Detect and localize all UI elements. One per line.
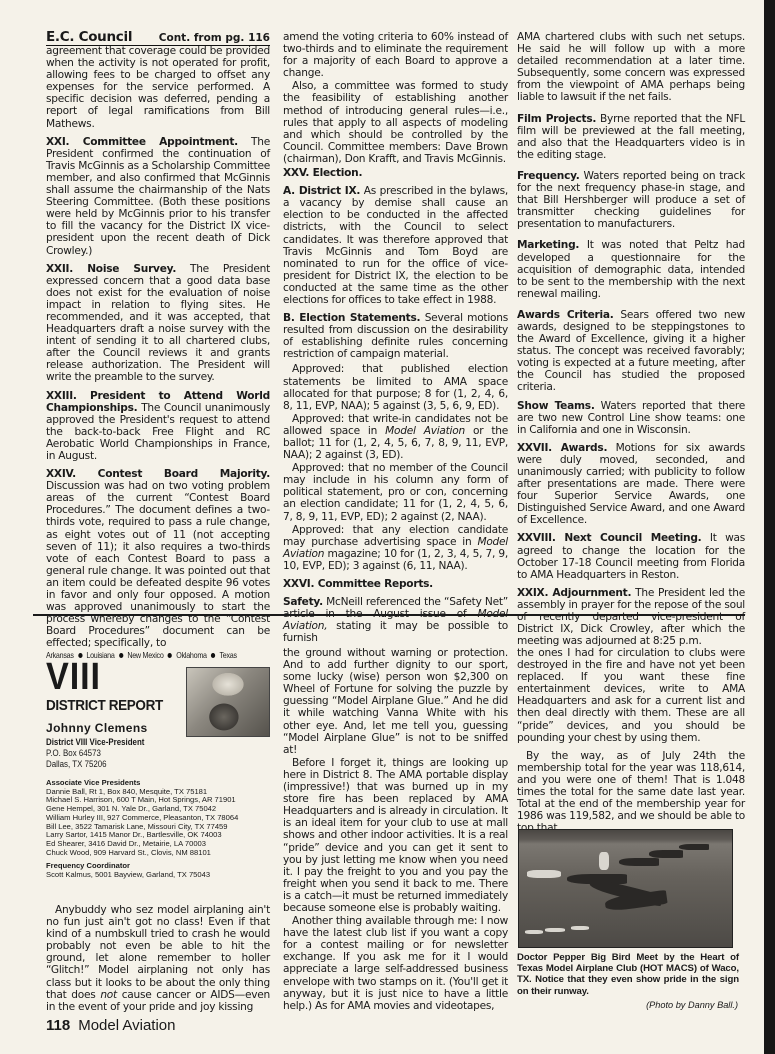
- model-plane-icon: [545, 928, 565, 932]
- district-number: VIII: [46, 658, 101, 696]
- address-line: P.O. Box 64573: [46, 748, 144, 759]
- frequency-contact: Scott Kalmus, 5001 Bayview, Garland, TX …: [46, 871, 210, 880]
- paragraph: AMA chartered clubs with such net setups…: [517, 31, 745, 104]
- council-column-2: amend the voting criteria to 60% instead…: [283, 31, 508, 648]
- model-plane-icon: [679, 844, 709, 850]
- model-plane-icon: [619, 858, 659, 866]
- model-plane-icon: [571, 926, 589, 930]
- paragraph: amend the voting criteria to 60% instead…: [283, 31, 508, 79]
- vice-president-name: Johnny Clemens: [46, 721, 148, 735]
- paragraph: the ones I had for circulation to clubs …: [517, 647, 745, 744]
- page-edge-shadow: [764, 0, 775, 1054]
- paragraph: agreement that coverage could be provide…: [46, 45, 270, 130]
- page-number: 118: [46, 1017, 70, 1034]
- model-plane-icon: [527, 870, 561, 878]
- vice-president-contact: District VIII Vice-President P.O. Box 64…: [46, 737, 144, 770]
- district-column-3: the ones I had for circulation to clubs …: [517, 647, 745, 835]
- paragraph-approved-2: Approved: that write-in candidates not b…: [283, 413, 508, 461]
- paragraph-approved-1: Approved: that published election statem…: [283, 363, 508, 411]
- state: New Mexico: [127, 650, 163, 660]
- photo-caption: Doctor Pepper Big Bird Meet by the Heart…: [517, 952, 739, 997]
- section-divider: [33, 614, 745, 616]
- state: Oklahoma: [176, 650, 206, 660]
- associate-entry: Chuck Wood, 909 Harvard St., Clovis, NM …: [46, 849, 238, 858]
- section-title: E.C. Council: [46, 29, 132, 45]
- vice-president-role: District VIII Vice-President: [46, 737, 144, 748]
- paragraph-world-championships: XXIII. President to Attend World Champio…: [46, 390, 270, 463]
- model-plane-icon: [649, 850, 683, 858]
- district-column-2: the ground without warning or protection…: [283, 647, 508, 1013]
- frequency-coordinator: Frequency Coordinator Scott Kalmus, 5001…: [46, 862, 210, 879]
- paragraph-committee-appointment: XXI. Committee Appointment. The Presiden…: [46, 136, 270, 257]
- paragraph-contest-board: XXIV. Contest Board Majority. Discussion…: [46, 468, 270, 649]
- paragraph-next-meeting: XXVIII. Next Council Meeting. It was agr…: [517, 532, 745, 580]
- associate-vice-presidents: Associate Vice Presidents Dannie Ball, R…: [46, 779, 238, 857]
- continued-from-label: Cont. from pg. 116: [159, 32, 270, 44]
- bullet-icon: [119, 653, 123, 658]
- photo-credit: (Photo by Danny Ball.): [517, 1000, 738, 1010]
- address-line: Dallas, TX 75206: [46, 759, 144, 770]
- paragraph: Also, a committee was formed to study th…: [283, 80, 508, 165]
- district-column-1: Anybuddy who sez model airplaning ain't …: [46, 904, 270, 1014]
- bullet-icon: [211, 653, 215, 658]
- district-report-title: DISTRICT REPORT: [46, 697, 163, 714]
- paragraph-marketing: Marketing. It was noted that Peltz had d…: [517, 239, 745, 299]
- council-column-1: agreement that coverage could be provide…: [46, 45, 270, 653]
- heading-committee-reports: XXVI. Committee Reports.: [283, 578, 508, 590]
- paragraph-approved-4: Approved: that any election candidate ma…: [283, 524, 508, 572]
- paragraph-frequency: Frequency. Waters reported being on trac…: [517, 170, 745, 230]
- bullet-icon: [168, 653, 172, 658]
- publication-name: Model Aviation: [78, 1017, 175, 1034]
- page-folio: 118Model Aviation: [46, 1017, 176, 1034]
- council-column-3: AMA chartered clubs with such net setups…: [517, 31, 745, 650]
- section-header: E.C. Council Cont. from pg. 116: [46, 31, 270, 46]
- paragraph-safety: Safety. McNeill referenced the “Safety N…: [283, 596, 508, 644]
- paragraph-noise-survey: XXII. Noise Survey. The President expres…: [46, 263, 270, 384]
- state: Texas: [219, 650, 236, 660]
- paragraph-awards: XXVII. Awards. Motions for six awards we…: [517, 442, 745, 527]
- paragraph-adjournment: XXIX. Adjournment. The President led the…: [517, 587, 745, 647]
- airfield-photo-icon: [518, 829, 733, 948]
- paragraph-show-teams: Show Teams. Waters reported that there a…: [517, 400, 745, 436]
- paragraph: By the way, as of July 24th the membersh…: [517, 750, 745, 835]
- paragraph-district-ix: A. District IX. As prescribed in the byl…: [283, 185, 508, 306]
- paragraph-awards-criteria: Awards Criteria. Sears offered two new a…: [517, 309, 745, 394]
- paragraph-film-projects: Film Projects. Byrne reported that the N…: [517, 113, 745, 161]
- heading-election: XXV. Election.: [283, 167, 508, 179]
- paragraph: Anybuddy who sez model airplaning ain't …: [46, 904, 270, 1013]
- paragraph-election-statements: B. Election Statements. Several motions …: [283, 312, 508, 360]
- paragraph: the ground without warning or protection…: [283, 647, 508, 756]
- paragraph: Before I forget it, things are looking u…: [283, 757, 508, 914]
- paragraph: Another thing available through me: I no…: [283, 915, 508, 1012]
- runway-sign-icon: [599, 852, 609, 870]
- paragraph-approved-3: Approved: that no member of the Council …: [283, 462, 508, 522]
- model-plane-icon: [525, 930, 543, 934]
- portrait-photo-icon: [186, 667, 270, 737]
